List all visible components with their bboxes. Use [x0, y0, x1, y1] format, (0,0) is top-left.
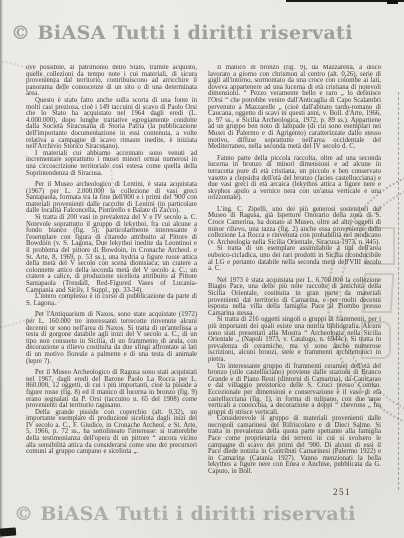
- paragraph: Questo è stato fatto anche sulla scorta …: [26, 98, 197, 151]
- paragraph: Nel 1973 è stata acquistata per L. 6.700…: [208, 278, 381, 318]
- paragraph: L'ing. C. Zipelli, uno dei più generosi …: [208, 207, 381, 247]
- text-column-left: ove possibile, al patrimonio dello Stato…: [26, 65, 197, 495]
- paragraph: Si tratta di 216 oggetti singoli o grupp…: [208, 317, 381, 363]
- paragraph: Fanno parte della piccola raccolta, oltr…: [208, 156, 381, 202]
- paragraph: I materiali cui abbiamo accennato sono v…: [26, 151, 197, 177]
- paragraph: Il manico in bronzo (fig. 9), da Mazzare…: [208, 65, 381, 151]
- paragraph: Si tratta di un esemplare assimilabile a…: [208, 246, 381, 272]
- copyright-watermark-bottom: © BiASA Tutti i diritti riservati: [14, 503, 356, 525]
- scanned-book-page: © BiASA Tutti i diritti riservati ove po…: [0, 0, 404, 538]
- paragraph: Un interessante gruppo di frammenti cera…: [208, 364, 381, 417]
- paragraph: Per l'Antiquarium di Naxos, sono state a…: [26, 312, 197, 365]
- paragraph: Considerevole il gruppo di materiali pro…: [208, 416, 381, 475]
- scan-binding-shadow: [0, 0, 3, 538]
- text-column-right: Il manico in bronzo (fig. 9), da Mazzare…: [208, 65, 381, 495]
- paragraph: Per il Museo archeologico di Lentini, è …: [26, 182, 197, 215]
- paragraph: Si tratta di 200 vasi in prevalenza del …: [26, 215, 197, 294]
- paragraph: ove possibile, al patrimonio dello Stato…: [26, 65, 197, 98]
- copyright-watermark-top: © BiASA Tutti i diritti riservati: [11, 22, 353, 44]
- paragraph: Della grande pisside con coperchio (alt.…: [26, 410, 197, 456]
- paragraph: L'intero complesso è in corso di pubblic…: [26, 294, 197, 307]
- scan-edge-notch: [387, 0, 398, 4]
- paragraph: Per il Museo Archeologico di Ragusa sono…: [26, 370, 197, 410]
- scan-corner-mark: [0, 527, 16, 536]
- page-edge-dashed-line: [398, 92, 399, 490]
- page-number: 251: [333, 487, 351, 497]
